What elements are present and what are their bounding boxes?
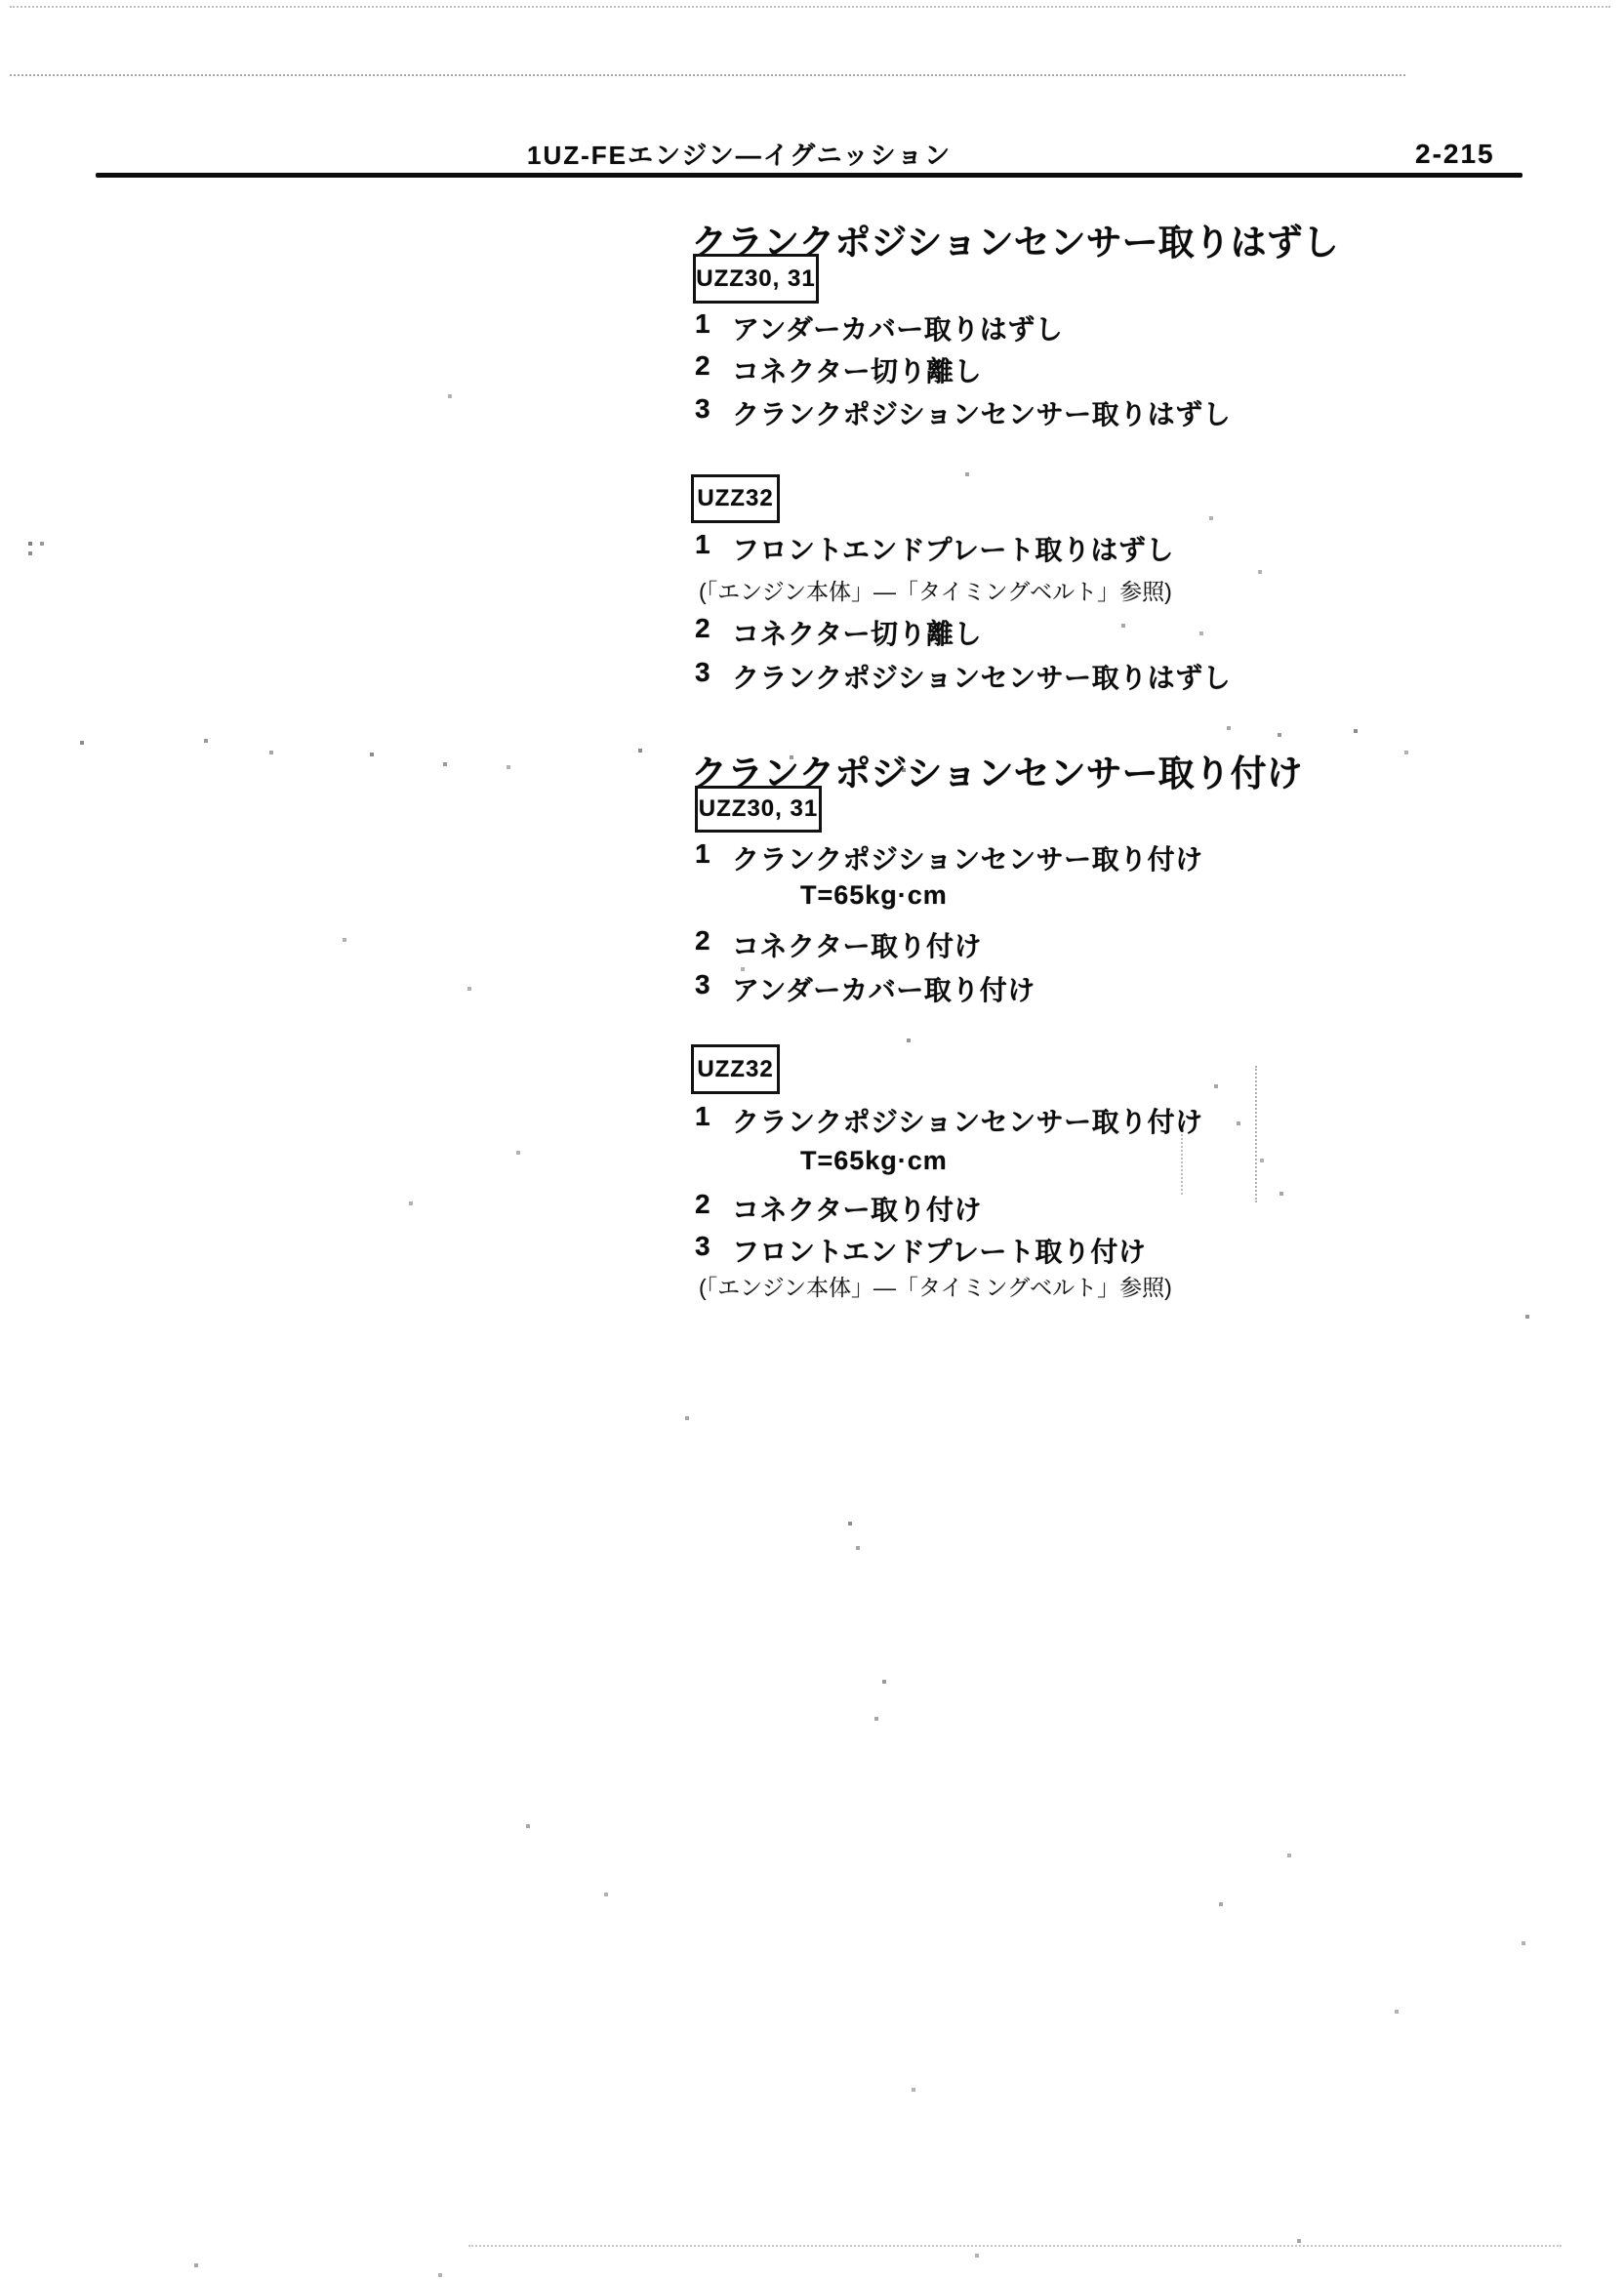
step-row: 2 コネクター取り付け [695, 925, 1378, 964]
step-label: クランクポジションセンサー取りはずし [732, 657, 1231, 696]
step-label: クランクポジションセンサー取り付け [732, 838, 1203, 877]
step-label: アンダーカバー取り付け [732, 969, 1035, 1008]
scan-dotted-column [1181, 1134, 1183, 1195]
step-number: 2 [695, 613, 732, 652]
torque-spec: T=65kg·cm [800, 1146, 948, 1176]
step-row: 3 クランクポジションセンサー取りはずし [695, 393, 1378, 432]
step-row: 3 アンダーカバー取り付け [695, 969, 1378, 1008]
scan-dotted-column [1255, 1066, 1257, 1202]
step-row: 1 フロントエンドプレート取りはずし [695, 529, 1378, 568]
step-number: 3 [695, 393, 732, 432]
manual-page: { "colors": { "paper": "#ffffff", "ink":… [0, 0, 1624, 2280]
reference-note: (「エンジン本体」—「タイミングベルト」参照) [699, 574, 1172, 606]
torque-spec: T=65kg·cm [800, 880, 948, 911]
page-header-title: 1UZ-FEエンジン—イグニッション [527, 136, 952, 172]
step-row: 2 コネクター切り離し [695, 350, 1378, 389]
step-row: 3 クランクポジションセンサー取りはずし [695, 657, 1378, 696]
model-badge: UZZ30, 31 [695, 786, 822, 833]
page-number: 2-215 [1415, 139, 1495, 170]
step-number: 3 [695, 1231, 732, 1270]
step-label: アンダーカバー取りはずし [732, 308, 1063, 347]
step-label: コネクター切り離し [732, 613, 982, 652]
scan-dotted-line-bottom [468, 2245, 1562, 2247]
step-row: 1 クランクポジションセンサー取り付け [695, 838, 1378, 877]
step-label: コネクター取り付け [732, 1189, 982, 1228]
scan-speckles [0, 0, 2, 2]
step-number: 2 [695, 350, 732, 389]
step-label: コネクター切り離し [732, 350, 982, 389]
step-number: 3 [695, 969, 732, 1008]
scan-dotted-line-top [10, 6, 1610, 8]
model-badge: UZZ32 [691, 474, 780, 523]
step-number: 2 [695, 925, 732, 964]
step-number: 1 [695, 1101, 732, 1140]
step-row: 2 コネクター切り離し [695, 613, 1378, 652]
step-number: 1 [695, 308, 732, 347]
step-label: クランクポジションセンサー取り付け [732, 1101, 1203, 1140]
step-row: 3 フロントエンドプレート取り付け [695, 1231, 1378, 1270]
model-badge: UZZ30, 31 [693, 254, 819, 304]
step-label: フロントエンドプレート取り付け [732, 1231, 1146, 1270]
header-rule [96, 173, 1522, 178]
step-row: 2 コネクター取り付け [695, 1189, 1378, 1228]
step-number: 1 [695, 838, 732, 877]
step-label: クランクポジションセンサー取りはずし [732, 393, 1231, 432]
reference-note: (「エンジン本体」—「タイミングベルト」参照) [699, 1270, 1172, 1302]
scan-dotted-line-upper [10, 74, 1405, 76]
step-label: フロントエンドプレート取りはずし [732, 529, 1174, 568]
step-number: 1 [695, 529, 732, 568]
step-row: 1 クランクポジションセンサー取り付け [695, 1101, 1378, 1140]
step-label: コネクター取り付け [732, 925, 982, 964]
step-number: 2 [695, 1189, 732, 1228]
step-number: 3 [695, 657, 732, 696]
model-badge: UZZ32 [691, 1044, 780, 1094]
step-row: 1 アンダーカバー取りはずし [695, 308, 1378, 347]
